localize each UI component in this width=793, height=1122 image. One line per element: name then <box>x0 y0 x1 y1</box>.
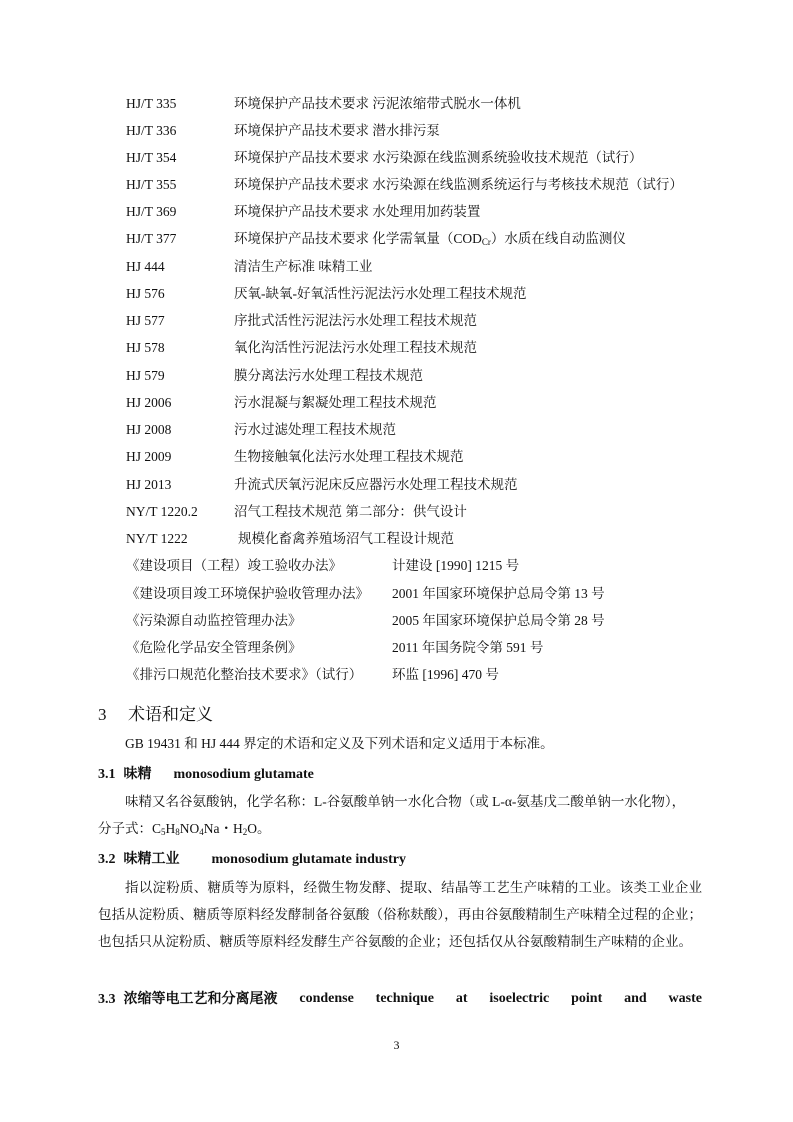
regulation-name: 《建设项目竣工环境保护验收管理办法》 <box>126 585 369 603</box>
reference-title: 污水过滤处理工程技术规范 <box>234 421 396 439</box>
term-definition: 指以淀粉质、糖质等为原料，经微生物发酵、提取、结晶等工艺生产味精的工业。该类工业… <box>98 874 702 955</box>
reference-title: 环境保护产品技术要求 水污染源在线监测系统运行与考核技术规范（试行） <box>234 176 683 194</box>
reference-code: HJ 2013 <box>126 476 171 494</box>
reference-code: HJ 577 <box>126 312 165 330</box>
term-number: 3.3 <box>98 990 116 1010</box>
reference-title: 生物接触氧化法污水处理工程技术规范 <box>234 448 464 466</box>
reference-code: HJ 2009 <box>126 448 171 466</box>
term-heading: 3.3浓缩等电工艺和分离尾液 condense technique at iso… <box>98 989 702 1010</box>
reference-code: HJ 2008 <box>126 421 171 439</box>
section-heading: 3术语和定义 <box>98 704 213 726</box>
reference-title: 环境保护产品技术要求 水污染源在线监测系统验收技术规范（试行） <box>234 149 642 167</box>
section-title: 术语和定义 <box>128 705 213 725</box>
term-zh: 味精 <box>124 766 152 782</box>
reference-code: NY/T 1220.2 <box>126 503 198 521</box>
reference-title: 沼气工程技术规范 第二部分：供气设计 <box>234 503 467 521</box>
reference-code: HJ/T 335 <box>126 95 176 113</box>
regulation-number: 环监 [1996] 470 号 <box>392 666 499 684</box>
regulation-name: 《污染源自动监控管理办法》 <box>126 612 302 630</box>
reference-code: HJ 444 <box>126 258 165 276</box>
reference-title: 规模化畜禽养殖场沼气工程设计规范 <box>238 530 454 548</box>
regulation-number: 2011 年国务院令第 591 号 <box>392 639 543 657</box>
section-intro: GB 19431 和 HJ 444 界定的术语和定义及下列术语和定义适用于本标准… <box>98 730 702 757</box>
regulation-name: 《排污口规范化整治技术要求》（试行） <box>126 666 362 684</box>
regulation-number: 计建设 [1990] 1215 号 <box>392 557 519 575</box>
term-en-word: point <box>571 989 602 1010</box>
reference-code: HJ 578 <box>126 339 165 357</box>
term-en-word: waste <box>669 989 702 1010</box>
term-number: 3.1 <box>98 765 116 785</box>
term-zh: 浓缩等电工艺和分离尾液 <box>124 991 278 1007</box>
reference-title: 环境保护产品技术要求 水处理用加药装置 <box>234 203 480 221</box>
reference-title: 氧化沟活性污泥法污水处理工程技术规范 <box>234 339 477 357</box>
reference-code: HJ/T 355 <box>126 176 176 194</box>
term-heading: 3.2味精工业monosodium glutamate industry <box>98 849 406 870</box>
reference-title: 环境保护产品技术要求 化学需氧量（CODCr）水质在线自动监测仪 <box>234 230 626 248</box>
term-en-word: isoelectric <box>489 989 549 1010</box>
regulation-number: 2005 年国家环境保护总局令第 28 号 <box>392 612 605 630</box>
reference-title: 膜分离法污水处理工程技术规范 <box>234 367 423 385</box>
reference-code: HJ 579 <box>126 367 165 385</box>
regulation-number: 2001 年国家环境保护总局令第 13 号 <box>392 585 605 603</box>
reference-title: 升流式厌氧污泥床反应器污水处理工程技术规范 <box>234 476 518 494</box>
reference-title: 环境保护产品技术要求 污泥浓缩带式脱水一体机 <box>234 95 521 113</box>
document-page: HJ/T 335环境保护产品技术要求 污泥浓缩带式脱水一体机 HJ/T 336环… <box>0 0 793 1122</box>
molecular-formula: 分子式：C5H8NO4Na・H2O。 <box>71 815 271 842</box>
term-number: 3.2 <box>98 850 116 870</box>
reference-code: HJ/T 369 <box>126 203 176 221</box>
reference-title: 污水混凝与絮凝处理工程技术规范 <box>234 394 437 412</box>
reference-title: 环境保护产品技术要求 潜水排污泵 <box>234 122 440 140</box>
reference-code: NY/T 1222 <box>126 530 188 548</box>
regulation-name: 《建设项目（工程）竣工验收办法》 <box>126 557 342 575</box>
reference-code: HJ/T 354 <box>126 149 176 167</box>
reference-code: HJ/T 377 <box>126 230 176 248</box>
reference-code: HJ/T 336 <box>126 122 176 140</box>
term-heading: 3.1味精monosodium glutamate <box>98 764 314 785</box>
term-zh: 味精工业 <box>124 851 180 867</box>
reference-title: 序批式活性污泥法污水处理工程技术规范 <box>234 312 477 330</box>
section-number: 3 <box>98 704 128 726</box>
term-en-word: at <box>456 989 468 1010</box>
term-en-word: condense <box>299 989 353 1010</box>
term-en-word: technique <box>376 989 434 1010</box>
term-definition: 味精又名谷氨酸钠，化学名称：L-谷氨酸单钠一水化合物（或 L-α-氨基戊二酸单钠… <box>98 788 702 842</box>
reference-code: HJ 2006 <box>126 394 171 412</box>
reference-code: HJ 576 <box>126 285 165 303</box>
reference-title: 厌氧-缺氧-好氧活性污泥法污水处理工程技术规范 <box>234 285 527 303</box>
term-en: monosodium glutamate industry <box>212 852 406 867</box>
term-en: monosodium glutamate <box>174 767 314 782</box>
reference-title: 清洁生产标准 味精工业 <box>234 258 372 276</box>
regulation-name: 《危险化学品安全管理条例》 <box>126 639 302 657</box>
page-number: 3 <box>0 1038 793 1053</box>
term-en-word: and <box>624 989 647 1010</box>
